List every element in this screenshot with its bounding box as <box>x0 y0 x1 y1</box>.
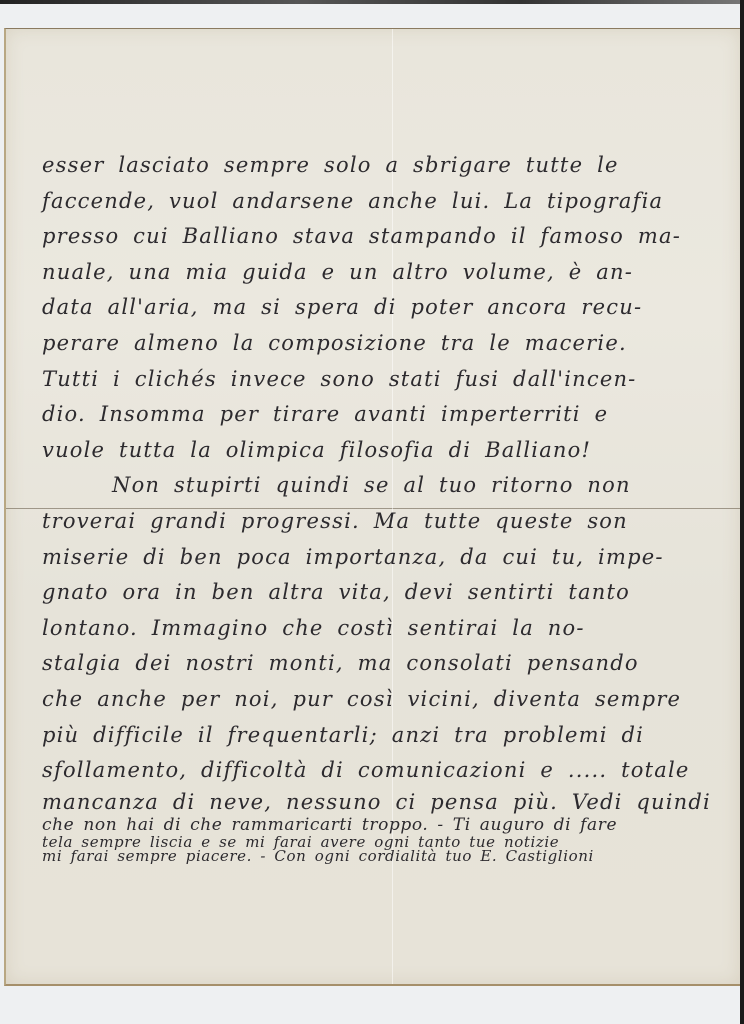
text-line: sfollamento, difficoltà di comunicazioni… <box>42 753 732 789</box>
paragraph-start-line: Non stupirti quindi se al tuo ritorno no… <box>42 468 732 504</box>
text-line: esser lasciato sempre solo a sbrigare tu… <box>42 148 732 184</box>
text-line: che non hai di che rammaricarti troppo. … <box>42 815 732 835</box>
closing-signature-line: mi farai sempre piacere. - Con ogni cord… <box>42 849 732 863</box>
text-line: nuale, una mia guida e un altro volume, … <box>42 255 732 291</box>
text-line: stalgia dei nostri monti, ma consolati p… <box>42 646 732 682</box>
text-line: miserie di ben poca importanza, da cui t… <box>42 540 732 576</box>
scanner-right-edge <box>740 0 744 1024</box>
text-line: vuole tutta la olimpica filosofia di Bal… <box>42 433 732 469</box>
text-line: data all'aria, ma si spera di poter anco… <box>42 290 732 326</box>
text-line: faccende, vuol andarsene anche lui. La t… <box>42 184 732 220</box>
text-line: mancanza di neve, nessuno ci pensa più. … <box>42 789 732 815</box>
text-line: Tutti i clichés invece sono stati fusi d… <box>42 362 732 398</box>
text-line: perare almeno la composizione tra le mac… <box>42 326 732 362</box>
text-line: dio. Insomma per tirare avanti imperterr… <box>42 397 732 433</box>
text-line: gnato ora in ben altra vita, devi sentir… <box>42 575 732 611</box>
text-line: troverai grandi progressi. Ma tutte ques… <box>42 504 732 540</box>
scanner-top-edge <box>0 0 744 4</box>
letter-body: esser lasciato sempre solo a sbrigare tu… <box>42 148 732 863</box>
text-line: lontano. Immagino che costì sentirai la … <box>42 611 732 647</box>
text-line: che anche per noi, pur così vicini, dive… <box>42 682 732 718</box>
text-line: presso cui Balliano stava stampando il f… <box>42 219 732 255</box>
text-line: più difficile il frequentarli; anzi tra … <box>42 718 732 754</box>
